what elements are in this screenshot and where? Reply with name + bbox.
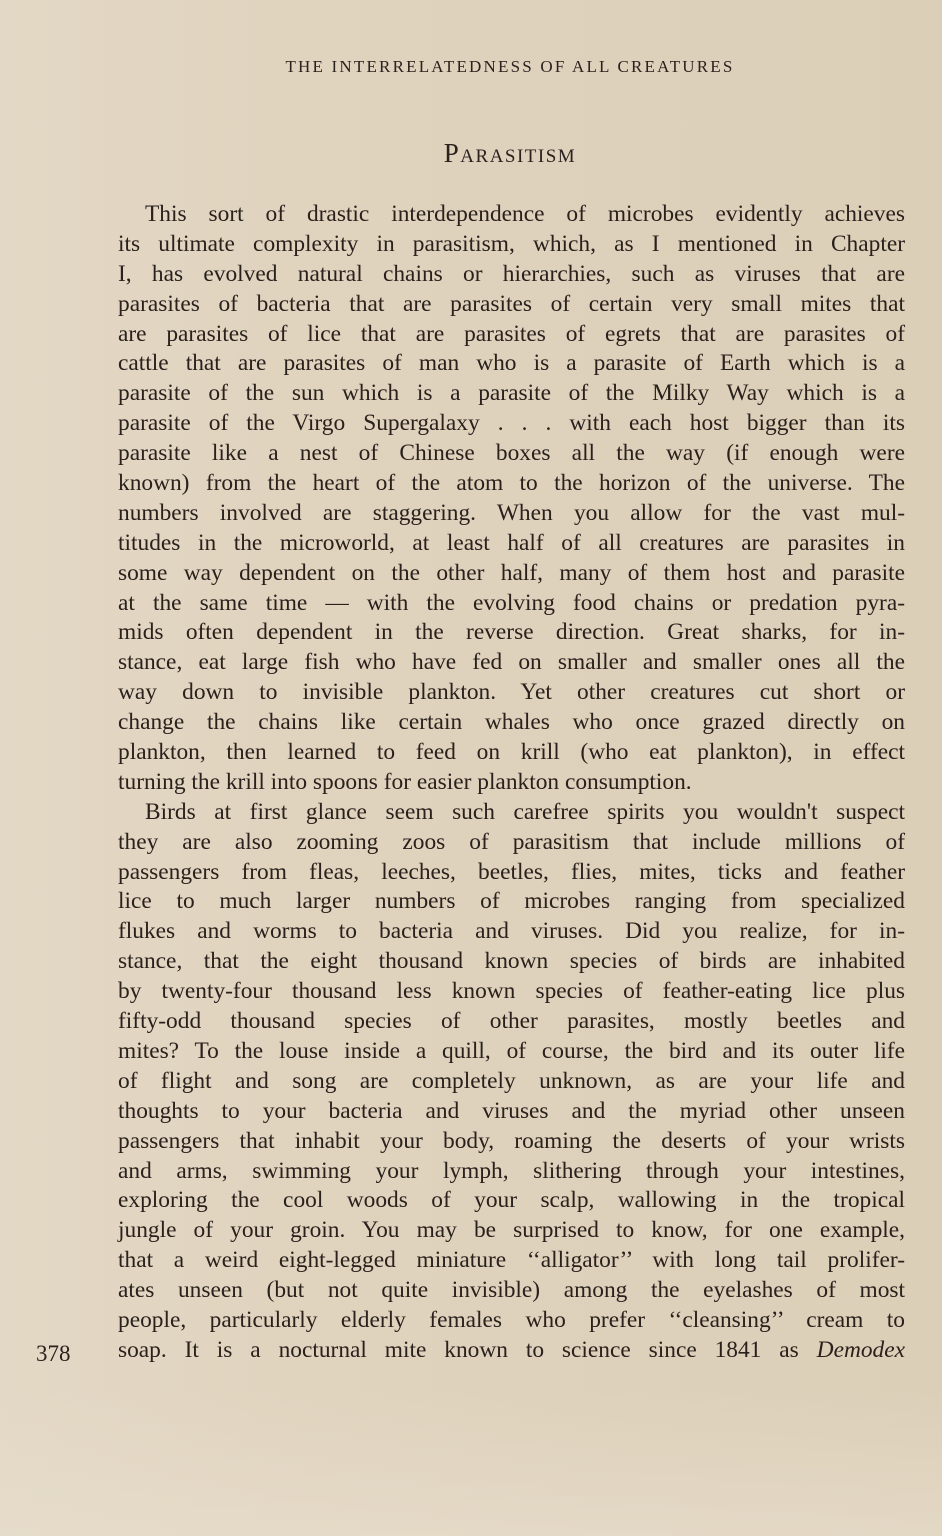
text-line: plankton, then learned to feed on krill …: [118, 738, 905, 768]
text-line: This sort of drastic interdependence of …: [118, 200, 905, 230]
text-line: they are also zooming zoos of parasitism…: [118, 828, 905, 858]
text-line-final-roman: soap. It is a nocturnal mite known to sc…: [118, 1337, 799, 1363]
text-line: by twenty-four thousand less known speci…: [118, 977, 905, 1007]
text-line: parasite of the Virgo Supergalaxy . . . …: [118, 409, 905, 439]
paper-shading: [0, 1390, 942, 1536]
body-text: This sort of drastic interdependence of …: [118, 200, 905, 1366]
text-line: at the same time — with the evolving foo…: [118, 589, 905, 619]
text-line: parasite of the sun which is a parasite …: [118, 379, 905, 409]
text-line: lice to much larger numbers of microbes …: [118, 887, 905, 917]
running-head: THE INTERRELATEDNESS OF ALL CREATURES: [0, 57, 942, 77]
text-line: passengers from fleas, leeches, beetles,…: [118, 858, 905, 888]
text-line: some way dependent on the other half, ma…: [118, 559, 905, 589]
text-line: exploring the cool woods of your scalp, …: [118, 1186, 905, 1216]
text-line: I, has evolved natural chains or hierarc…: [118, 260, 905, 290]
text-line: change the chains like certain whales wh…: [118, 708, 905, 738]
text-line: and arms, swimming your lymph, slitherin…: [118, 1157, 905, 1187]
text-line: fifty-odd thousand species of other para…: [118, 1007, 905, 1037]
text-line: turning the krill into spoons for easier…: [118, 768, 905, 798]
text-line: known) from the heart of the atom to the…: [118, 469, 905, 499]
page-number: 378: [36, 1339, 71, 1369]
paragraph-1: This sort of drastic interdependence of …: [118, 200, 905, 798]
text-line: that a weird eight-legged miniature ‘‘al…: [118, 1246, 905, 1276]
text-line: its ultimate complexity in parasitism, w…: [118, 230, 905, 260]
text-line: mites? To the louse inside a quill, of c…: [118, 1037, 905, 1067]
text-line: stance, eat large fish who have fed on s…: [118, 648, 905, 678]
text-line: stance, that the eight thousand known sp…: [118, 947, 905, 977]
text-line-final: soap. It is a nocturnal mite known to sc…: [118, 1336, 905, 1366]
text-line: of flight and song are completely unknow…: [118, 1067, 905, 1097]
text-line: passengers that inhabit your body, roami…: [118, 1127, 905, 1157]
section-title: Parasitism: [0, 138, 942, 169]
text-line: numbers involved are staggering. When yo…: [118, 499, 905, 529]
text-line: Birds at first glance seem such carefree…: [118, 798, 905, 828]
text-line: jungle of your groin. You may be surpris…: [118, 1216, 905, 1246]
text-line: are parasites of lice that are parasites…: [118, 320, 905, 350]
text-line: flukes and worms to bacteria and viruses…: [118, 917, 905, 947]
text-line: thoughts to your bacteria and viruses an…: [118, 1097, 905, 1127]
text-line: ates unseen (but not quite invisible) am…: [118, 1276, 905, 1306]
italic-term: Demodex: [817, 1337, 905, 1363]
text-line: people, particularly elderly females who…: [118, 1306, 905, 1336]
text-line: way down to invisible plankton. Yet othe…: [118, 678, 905, 708]
text-line: cattle that are parasites of man who is …: [118, 349, 905, 379]
text-line: mids often dependent in the reverse dire…: [118, 618, 905, 648]
paragraph-2: Birds at first glance seem such carefree…: [118, 798, 905, 1366]
text-line: parasite like a nest of Chinese boxes al…: [118, 439, 905, 469]
text-line: titudes in the microworld, at least half…: [118, 529, 905, 559]
text-line: parasites of bacteria that are parasites…: [118, 290, 905, 320]
